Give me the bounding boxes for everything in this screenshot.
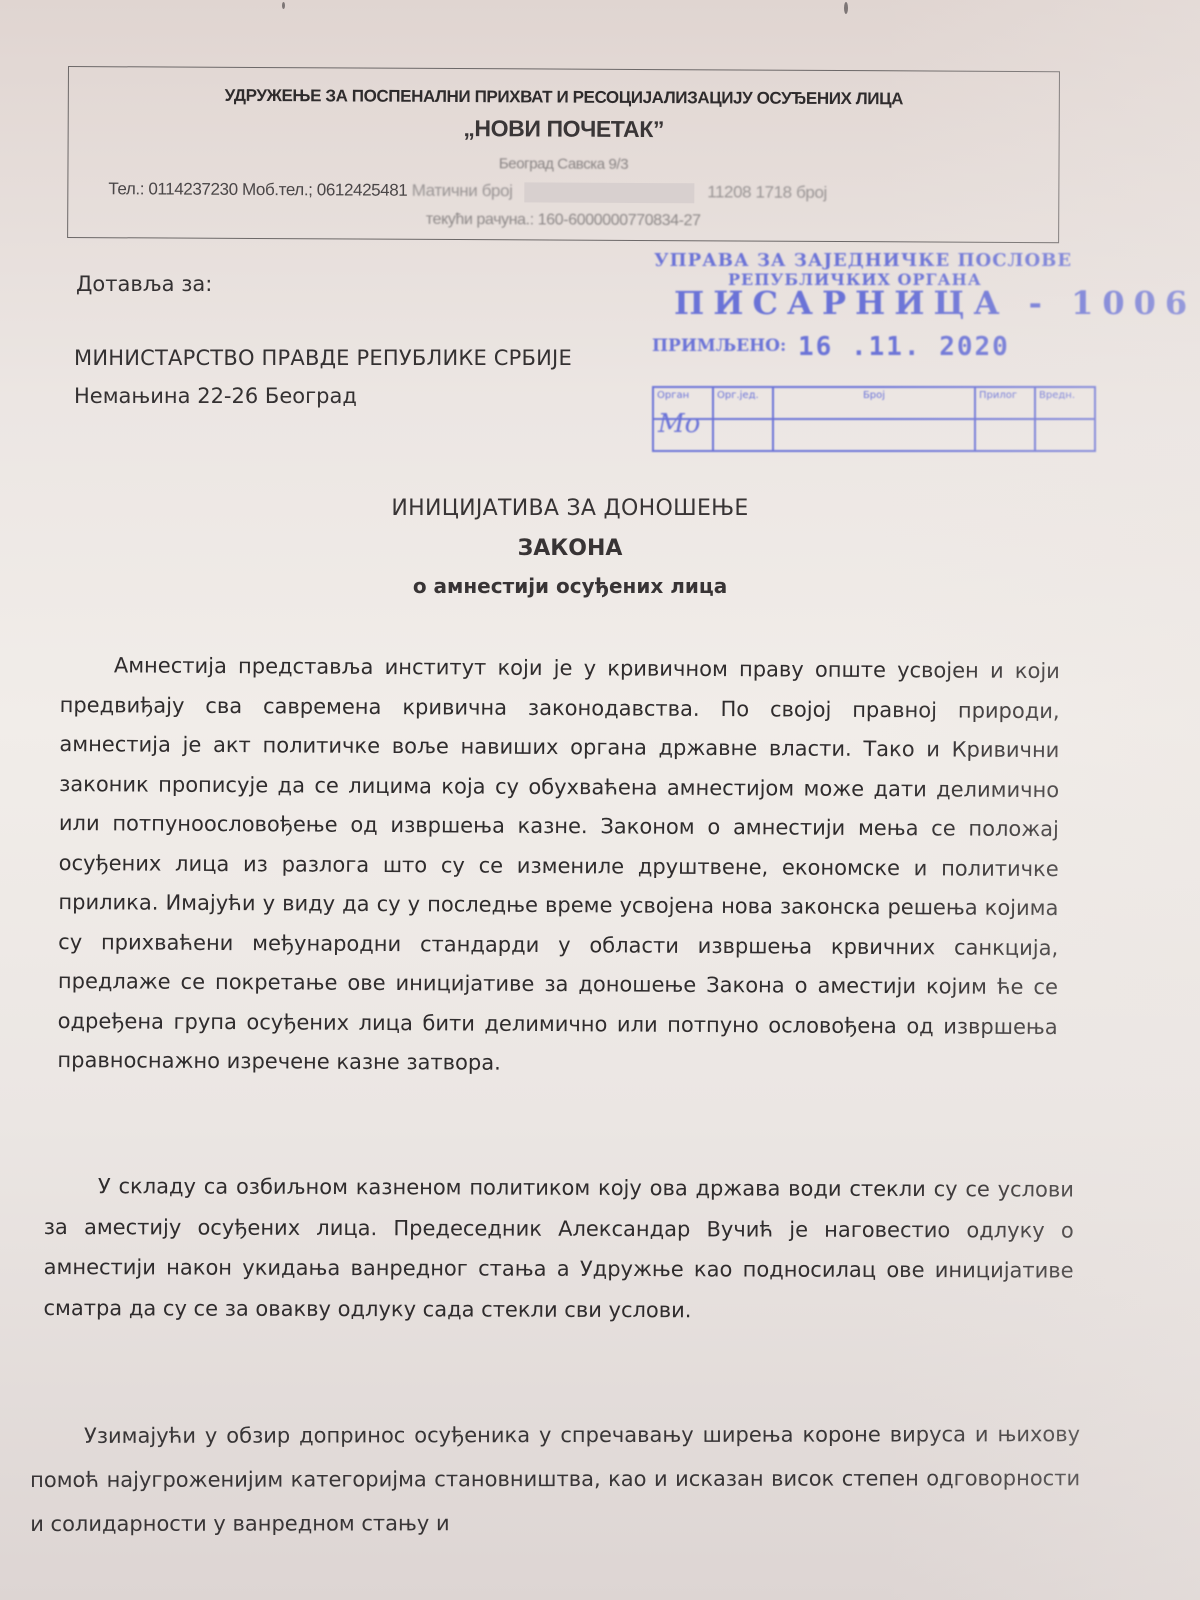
stamp-table-cell xyxy=(975,419,1035,451)
body-paragraph-2: У складу са озбиљном казненом политиком … xyxy=(43,1166,1074,1332)
scanned-document-page: УДРУЖЕЊЕ ЗА ПОСПЕНАЛНИ ПРИХВАТ И РЕСОЦИЈ… xyxy=(0,0,1200,1600)
letterhead-organization: УДРУЖЕЊЕ ЗА ПОСПЕНАЛНИ ПРИХВАТ И РЕСОЦИЈ… xyxy=(69,85,1059,110)
redacted-block xyxy=(525,182,695,203)
paragraph-text: Узимајући у обзир допринос осуђеника у с… xyxy=(30,1422,1080,1536)
letterhead-box: УДРУЖЕЊЕ ЗА ПОСПЕНАЛНИ ПРИХВАТ И РЕСОЦИЈ… xyxy=(67,66,1060,243)
letterhead-registry-label: Матични број xyxy=(412,181,513,201)
letterhead-registry-suffix: 11208 1718 број xyxy=(707,182,827,202)
stamp-table-cell xyxy=(1035,419,1095,451)
stamp-line-3: ПИСАРНИЦА - 1006 xyxy=(674,284,1196,322)
registry-stamp: УПРАВА ЗА ЗАЈЕДНИЧКЕ ПОСЛОВЕ РЕПУБЛИЧКИХ… xyxy=(650,244,1100,464)
recipient-name: МИНИСТАРСТВО ПРАВДЕ РЕПУБЛИКЕ СРБИЈЕ xyxy=(74,346,572,370)
letterhead-account: текући рачуна.: 160-6000000770834-27 xyxy=(68,209,1058,232)
document-title-line-3: о амнестији осуђених лица xyxy=(0,574,1140,598)
stamp-table: Орган Орг.јед. Број Прилог Вредн. xyxy=(652,386,1096,452)
stamp-received-date: 16 .11. 2020 xyxy=(798,332,1010,362)
stamp-table-cell xyxy=(713,419,773,451)
document-title-line-1: ИНИЦИЈАТИВА ЗА ДОНОШЕЊЕ xyxy=(0,496,1140,521)
handwritten-signature: Mo xyxy=(658,409,700,439)
stamp-table-cell xyxy=(773,419,975,451)
document-title-line-2: ЗАКОНА xyxy=(0,536,1140,561)
stamp-table-header: Прилог xyxy=(975,387,1035,419)
letterhead-mobile: Моб.тел.; 0612425481 xyxy=(242,180,407,200)
stamp-table-header: Орг.јед. xyxy=(713,387,773,419)
letterhead-contact: Тел.: 0114237230 Моб.тел.; 0612425481 Ма… xyxy=(108,179,1058,204)
stamp-received-label: ПРИМЉЕНО: xyxy=(652,336,786,356)
letterhead-phone: Тел.: 0114237230 xyxy=(108,179,237,199)
letterhead-name: „НОВИ ПОЧЕТАК” xyxy=(69,113,1059,145)
body-paragraph-1: Амнестија представља институт који је у … xyxy=(57,646,1060,1087)
stamp-line-1: УПРАВА ЗА ЗАЈЕДНИЧКЕ ПОСЛОВЕ xyxy=(654,250,1072,271)
paragraph-text: У складу са озбиљном казненом политиком … xyxy=(43,1174,1074,1322)
recipient-address: Немањина 22-26 Београд xyxy=(74,384,357,408)
paragraph-text: Амнестија представља институт који је у … xyxy=(57,653,1060,1074)
recipient-label: Дотавља за: xyxy=(76,272,212,296)
paper-speck xyxy=(844,2,848,14)
letterhead-address: Београд Савска 9/3 xyxy=(68,153,1058,175)
stamp-table-header: Број xyxy=(773,387,975,419)
stamp-table-header: Вредн. xyxy=(1035,387,1095,419)
paper-speck xyxy=(282,2,285,9)
body-paragraph-3: Узимајући у обзир допринос осуђеника у с… xyxy=(30,1412,1080,1546)
